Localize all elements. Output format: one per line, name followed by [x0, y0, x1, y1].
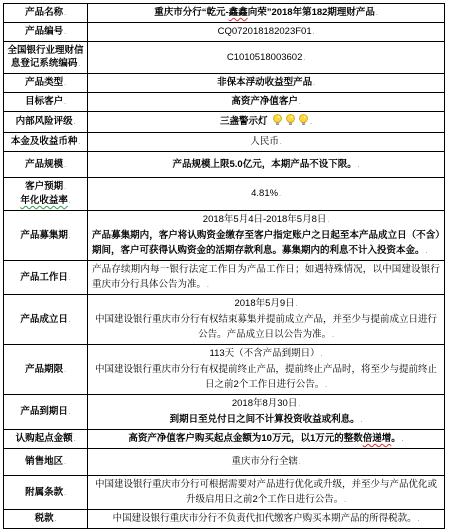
paragraph-mark: . — [402, 436, 404, 443]
paragraph-mark: . — [78, 139, 80, 146]
table-row: 全国银行业理财信息登记系统编码.C1010518003602. — [4, 41, 444, 73]
text-segment: 产品存续期内每一银行法定工作日为产品工作日；如遇特殊情况，以中国建设银行重庆市分… — [92, 264, 440, 290]
text-segment: 重庆市分行“乾元- — [154, 7, 228, 18]
row-value: CQ072018182023F01. — [88, 23, 444, 41]
table-row: 认购起点金额.高资产净值客户购买起点金额为10万元，以1万元的整数倍递增。. — [4, 429, 444, 448]
row-label: 税款. — [4, 510, 88, 528]
value-text: 重庆市分行全辖. — [92, 454, 440, 470]
text-segment: 鑫鑫 — [229, 7, 248, 18]
value-text: 三盏警示灯 . — [92, 114, 440, 130]
table-row: 产品到期日.2018年8月30日.到期日至兑付日之间不计算投资收益或利息。. — [4, 394, 444, 429]
row-label: 认购起点金额. — [4, 430, 88, 448]
product-table: 产品名称.重庆市分行“乾元-鑫鑫向荣”2018年第182期理财产品.产品编号.C… — [3, 3, 445, 529]
value-text: 产品存续期内每一银行法定工作日为产品工作日；如遇特殊情况，以中国建设银行重庆市分… — [92, 262, 440, 293]
row-label: 产品期限. — [4, 345, 88, 394]
table-row: 内部风险评级.三盏警示灯 . — [4, 111, 444, 132]
table-row: 产品类型.非保本浮动收益型产品. — [4, 73, 444, 92]
value-text: 人民币. — [92, 134, 440, 150]
text-segment: 息登记系统编码 — [11, 58, 78, 69]
text-segment: 113天（不含产品到期日） — [210, 348, 320, 359]
label-text: 年化收益率. — [5, 194, 86, 208]
text-segment: 非保本浮动收益型产品 — [217, 77, 312, 88]
row-value: 高资产净值客户. — [88, 93, 444, 111]
value-text: 高资产净值客户购买起点金额为10万元，以1万元的整数倍递增。. — [92, 431, 440, 447]
paragraph-mark: . — [64, 99, 66, 106]
value-text: 产品规模上限5.0亿元，本期产品不设下限。. — [92, 157, 440, 173]
text-segment: 中国建设银行重庆市分行有权结束募集并提前成立产品，并至少与提前成立日进行公告。产… — [95, 314, 437, 340]
value-text: 高资产净值客户. — [92, 94, 440, 110]
table-row: 产品编号.CQ072018182023F01. — [4, 22, 444, 41]
value-text: CQ072018182023F01. — [92, 24, 440, 40]
paragraph-mark: . — [313, 29, 315, 36]
row-value: 人民币. — [88, 133, 444, 151]
text-segment: 中国建设银行重庆市分行有权提前终止产品，提前终止产品时，将至少与提前终止日之前2… — [95, 364, 437, 390]
row-value: 中国建设银行重庆市分行可根据需要对产品进行优化或升级，并至少与产品优化或升级启用… — [88, 476, 444, 509]
row-label: 产品工作日. — [4, 261, 88, 294]
row-value: 重庆市分行“乾元-鑫鑫向荣”2018年第182期理财产品. — [88, 4, 444, 22]
value-text: 到期日至兑付日之间不计算投资收益或利息。. — [92, 412, 440, 428]
paragraph-mark: . — [78, 61, 80, 68]
paragraph-mark: . — [325, 382, 327, 389]
table-row: 客户预期.年化收益率.4.81%. — [4, 177, 444, 210]
value-text: 2018年5月4日-2018年5月8日. — [92, 212, 440, 228]
row-value: 产品存续期内每一银行法定工作日为产品工作日；如遇特殊情况，以中国建设银行重庆市分… — [88, 261, 444, 294]
paragraph-mark: . — [64, 367, 66, 374]
row-label: 附属条款. — [4, 476, 88, 509]
label-text: 产品募集期. — [5, 229, 86, 243]
paragraph-mark: . — [279, 191, 281, 198]
text-segment: 产品编号 — [25, 26, 63, 37]
paragraph-mark: . — [69, 198, 71, 205]
text-segment: 本金及收益币种 — [11, 136, 78, 147]
row-value: 4.81%. — [88, 178, 444, 210]
label-text: 产品工作日. — [5, 271, 86, 285]
text-segment: 全国银行业理财信 — [7, 45, 83, 56]
paragraph-mark: . — [74, 119, 76, 126]
table-row: 产品名称.重庆市分行“乾元-鑫鑫向荣”2018年第182期理财产品. — [4, 4, 444, 22]
text-segment: 客户预期 — [25, 181, 63, 192]
text-segment: 产品到期日 — [20, 406, 68, 417]
paragraph-mark: . — [69, 275, 71, 282]
text-segment: 中国建设银行重庆市分行不负责代扣代缴客户购买本期产品的所得税款。 — [113, 513, 417, 524]
row-value: 非保本浮动收益型产品. — [88, 74, 444, 92]
table-row: 税款.中国建设银行重庆市分行不负责代扣代缴客户购买本期产品的所得税款。. — [4, 509, 444, 528]
value-text: 中国建设银行重庆市分行不负责代扣代缴客户购买本期产品的所得税款。. — [92, 511, 440, 527]
label-text: 客户预期. — [5, 180, 86, 194]
text-segment: 税款 — [35, 513, 54, 524]
label-text: 全国银行业理财信 — [5, 44, 86, 57]
paragraph-mark: . — [64, 490, 66, 497]
table-row: 本金及收益币种.人民币. — [4, 132, 444, 151]
paragraph-mark: . — [69, 233, 71, 240]
paragraph-mark: . — [64, 459, 66, 466]
text-segment: 产品类型 — [25, 77, 63, 88]
row-value: 高资产净值客户购买起点金额为10万元，以1万元的整数倍递增。. — [88, 430, 444, 448]
row-label: 产品类型. — [4, 74, 88, 92]
text-segment: 认购起点金额 — [16, 433, 73, 444]
text-segment: 高资产净值客户购买起点金额为10万元，以1万元的整数 — [128, 433, 362, 444]
paragraph-mark: . — [313, 80, 315, 87]
paragraph-mark: . — [418, 516, 420, 523]
text-segment: 产品成立日 — [20, 314, 68, 325]
label-text: 产品编号. — [5, 25, 86, 39]
text-segment: 目标客户 — [25, 96, 63, 107]
value-text: 4.81%. — [92, 186, 440, 202]
text-segment: 产品规模上限5.0亿元，本期产品不设下限。 — [172, 159, 356, 170]
value-text: 产品募集期内，客户将认购资金缴存至客户指定账户之日起至本产品成立日（不含）期间，… — [92, 228, 440, 259]
text-segment: 2018年8月30日 — [232, 398, 297, 409]
warning-light-icon — [298, 114, 309, 126]
row-value: C1010518003602. — [88, 42, 444, 73]
label-text: 内部风险评级. — [5, 115, 86, 129]
text-segment: 产品工作日 — [20, 272, 68, 283]
text-segment: 2018年5月9日 — [234, 298, 294, 309]
text-segment: 内部风险评级 — [16, 116, 73, 127]
row-value: 产品规模上限5.0亿元，本期产品不设下限。. — [88, 152, 444, 177]
paragraph-mark: . — [299, 99, 301, 106]
row-label: 产品规模. — [4, 152, 88, 177]
row-value: 2018年5月9日.中国建设银行重庆市分行有权结束募集并提前成立产品，并至少与提… — [88, 295, 444, 344]
text-segment: 高资产净值客户 — [231, 96, 298, 107]
paragraph-mark: . — [332, 332, 334, 339]
label-text: 产品类型. — [5, 76, 86, 90]
text-segment: 销售地区 — [25, 456, 63, 467]
text-segment: 产品期限 — [25, 364, 63, 375]
row-label: 产品成立日. — [4, 295, 88, 344]
table-row: 产品规模.产品规模上限5.0亿元，本期产品不设下限。. — [4, 151, 444, 177]
text-segment: 产品募集期 — [20, 230, 68, 241]
text-segment: 人民币 — [250, 136, 279, 147]
row-value: 重庆市分行全辖. — [88, 449, 444, 475]
text-segment: 产品规模 — [25, 159, 63, 170]
row-label: 全国银行业理财信息登记系统编码. — [4, 42, 88, 73]
row-value: 中国建设银行重庆市分行不负责代扣代缴客户购买本期产品的所得税款。. — [88, 510, 444, 528]
label-text: 认购起点金额. — [5, 432, 86, 446]
label-text: 销售地区. — [5, 455, 86, 469]
text-segment: 年化收益率 — [20, 195, 68, 206]
paragraph-mark: . — [296, 301, 298, 308]
label-text: 息登记系统编码. — [5, 57, 86, 71]
label-text: 产品期限. — [5, 363, 86, 377]
value-text: 中国建设银行重庆市分行有权提前终止产品，提前终止产品时，将至少与提前终止日之前2… — [92, 362, 440, 393]
paragraph-mark: . — [64, 80, 66, 87]
paragraph-mark: . — [303, 55, 305, 62]
text-segment: 倍递增 — [363, 433, 392, 444]
table-row: 产品成立日.2018年5月9日.中国建设银行重庆市分行有权结束募集并提前成立产品… — [4, 294, 444, 344]
table-row: 产品期限.113天（不含产品到期日）.中国建设银行重庆市分行有权提前终止产品，提… — [4, 344, 444, 394]
row-value: 2018年8月30日.到期日至兑付日之间不计算投资收益或利息。. — [88, 395, 444, 429]
value-text: 中国建设银行重庆市分行可根据需要对产品进行优化或升级，并至少与产品优化或升级启用… — [92, 477, 440, 508]
label-text: 本金及收益币种. — [5, 135, 86, 149]
paragraph-mark: . — [321, 351, 323, 358]
value-text: 2018年5月9日. — [92, 296, 440, 312]
paragraph-mark: . — [64, 29, 66, 36]
label-text: 产品成立日. — [5, 313, 86, 327]
text-segment: 2018年5月4日-2018年5月8日 — [203, 214, 327, 225]
paragraph-mark: . — [69, 317, 71, 324]
value-text: 重庆市分行“乾元-鑫鑫向荣”2018年第182期理财产品. — [92, 5, 440, 21]
text-segment: 4.81% — [251, 188, 278, 199]
table-row: 目标客户.高资产净值客户. — [4, 92, 444, 111]
row-label: 客户预期.年化收益率. — [4, 178, 88, 210]
row-label: 产品编号. — [4, 23, 88, 41]
label-text: 附属条款. — [5, 486, 86, 500]
warning-light-icon — [272, 114, 283, 126]
text-segment: C1010518003602 — [227, 52, 303, 63]
label-text: 产品规模. — [5, 158, 86, 172]
paragraph-mark: . — [280, 139, 282, 146]
value-text: 非保本浮动收益型产品. — [92, 75, 440, 91]
row-label: 产品名称. — [4, 4, 88, 22]
paragraph-mark: . — [298, 401, 300, 408]
row-label: 内部风险评级. — [4, 112, 88, 132]
paragraph-mark: . — [207, 282, 209, 289]
paragraph-mark: . — [361, 417, 363, 424]
text-segment: 向荣”2018年第182期理财产品 — [248, 7, 375, 18]
paragraph-mark: . — [64, 162, 66, 169]
row-label: 目标客户. — [4, 93, 88, 111]
row-label: 产品到期日. — [4, 395, 88, 429]
text-segment: 重庆市分行全辖 — [231, 456, 298, 467]
paragraph-mark: . — [376, 10, 378, 17]
paragraph-mark: . — [358, 162, 360, 169]
text-segment: 到期日至兑付日之间不计算投资收益或利息。 — [170, 414, 360, 425]
label-text: 税款. — [5, 512, 86, 526]
paragraph-mark: . — [74, 436, 76, 443]
paragraph-mark: . — [69, 409, 71, 416]
text-segment: 产品募集期内，客户将认购资金缴存至客户指定账户之日起至本产品成立日（不含）期间，… — [92, 230, 440, 256]
text-segment: 附属条款 — [25, 487, 63, 498]
paragraph-mark: . — [327, 217, 329, 224]
value-text: 113天（不含产品到期日）. — [92, 346, 440, 362]
row-value: 113天（不含产品到期日）.中国建设银行重庆市分行有权提前终止产品，提前终止产品… — [88, 345, 444, 394]
text-segment: 三盏警示灯 — [220, 116, 270, 127]
text-segment: 。 — [391, 433, 401, 444]
value-text: 中国建设银行重庆市分行有权结束募集并提前成立产品，并至少与提前成立日进行公告。产… — [92, 312, 440, 343]
row-label: 销售地区. — [4, 449, 88, 475]
value-text: 2018年8月30日. — [92, 396, 440, 412]
value-text: C1010518003602. — [92, 50, 440, 66]
row-label: 本金及收益币种. — [4, 133, 88, 151]
paragraph-mark: . — [64, 10, 66, 17]
paragraph-mark: . — [55, 516, 57, 523]
table-row: 销售地区.重庆市分行全辖. — [4, 448, 444, 475]
text-segment: CQ072018182023F01 — [218, 26, 312, 37]
table-row: 产品募集期.2018年5月4日-2018年5月8日.产品募集期内，客户将认购资金… — [4, 210, 444, 260]
paragraph-mark: . — [299, 459, 301, 466]
document-page: 产品名称.重庆市分行“乾元-鑫鑫向荣”2018年第182期理财产品.产品编号.C… — [0, 0, 458, 529]
paragraph-mark: . — [64, 184, 66, 191]
label-text: 产品到期日. — [5, 405, 86, 419]
paragraph-mark: . — [426, 248, 428, 255]
paragraph-mark: . — [344, 497, 346, 504]
text-segment: 中国建设银行重庆市分行可根据需要对产品进行优化或升级，并至少与产品优化或升级启用… — [95, 479, 437, 505]
warning-light-icon — [285, 114, 296, 126]
table-row: 产品工作日.产品存续期内每一银行法定工作日为产品工作日；如遇特殊情况，以中国建设… — [4, 260, 444, 294]
paragraph-mark: . — [310, 119, 312, 126]
row-label: 产品募集期. — [4, 211, 88, 260]
row-value: 2018年5月4日-2018年5月8日.产品募集期内，客户将认购资金缴存至客户指… — [88, 211, 444, 260]
label-text: 产品名称. — [5, 6, 86, 20]
text-segment: 产品名称 — [25, 7, 63, 18]
row-value: 三盏警示灯 . — [88, 112, 444, 132]
table-row: 附属条款.中国建设银行重庆市分行可根据需要对产品进行优化或升级，并至少与产品优化… — [4, 475, 444, 509]
label-text: 目标客户. — [5, 95, 86, 109]
